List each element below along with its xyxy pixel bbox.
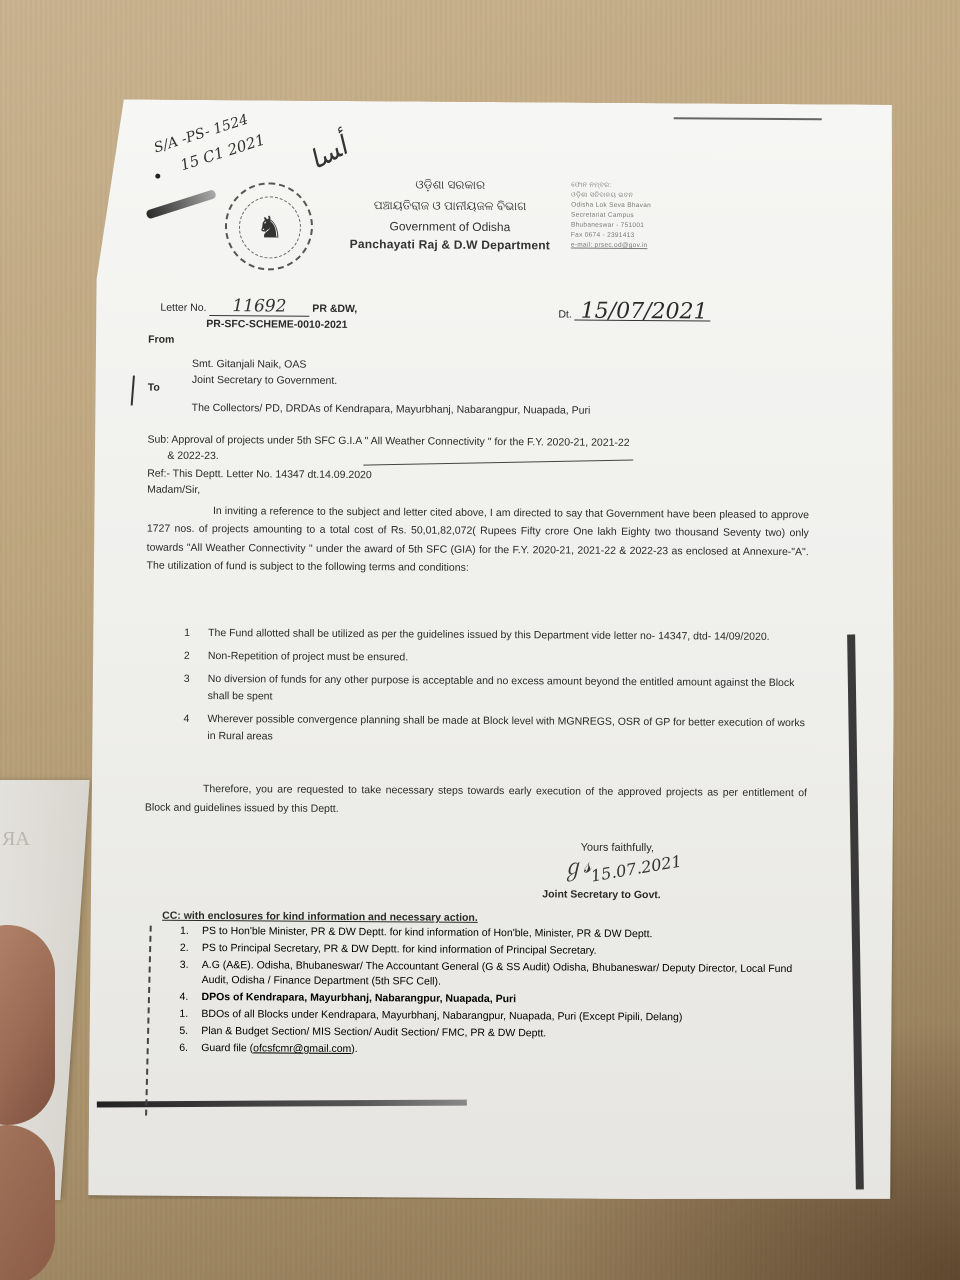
letterhead-government: Government of Odisha xyxy=(335,219,565,235)
conditions-list: 1 The Fund allotted shall be utilized as… xyxy=(183,625,816,755)
letter-page: S/A -PS- 1524 15 C1 2021 ﺃﺴﺎ ♞ ଓଡ଼ିଶା ସର… xyxy=(88,99,898,1201)
cc-item: 3. A.G (A&E). Odisha, Bhubaneswar/ The A… xyxy=(180,958,820,992)
addressee: The Collectors/ PD, DRDAs of Kendrapara,… xyxy=(192,400,591,420)
cc-item: 2. PS to Principal Secretary, PR & DW De… xyxy=(180,941,820,960)
address-line: e-mail: prsec.od@gov.in xyxy=(571,241,691,252)
cc-text: Plan & Budget Section/ MIS Section/ Audi… xyxy=(201,1024,819,1043)
top-rule xyxy=(674,117,822,120)
cc-item: 4. DPOs of Kendrapara, Mayurbhanj, Nabar… xyxy=(180,990,820,1009)
condition-text: Wherever possible convergence planning s… xyxy=(207,711,815,749)
subject-line-cont: & 2022-23. xyxy=(167,448,218,465)
cc-text: A.G (A&E). Odisha, Bhubaneswar/ The Acco… xyxy=(202,958,820,992)
cc-number: 1. xyxy=(180,924,202,939)
letter-no-handwritten: 11692 xyxy=(209,298,309,317)
letterhead-odia-govt: ଓଡ଼ିଶା ସରକାର xyxy=(335,177,565,194)
condition-text: No diversion of funds for any other purp… xyxy=(208,671,816,709)
handwritten-notes: S/A -PS- 1524 15 C1 2021 xyxy=(152,109,267,180)
margin-mark xyxy=(131,375,135,405)
letter-date: Dt. 15/07/2021 xyxy=(558,302,710,324)
cc-list: 1. PS to Hon'ble Minister, PR & DW Deptt… xyxy=(179,924,820,1062)
cc-text: Guard file (ofcsfcmr@gmail.com). xyxy=(201,1041,819,1060)
cc-number: 1. xyxy=(179,1007,201,1022)
condition-number: 1 xyxy=(184,625,208,642)
cc-text: BDOs of all Blocks under Kendrapara, May… xyxy=(201,1007,819,1026)
sender-designation: Joint Secretary to Government. xyxy=(192,372,337,390)
signatory-designation: Joint Secretary to Govt. xyxy=(542,886,661,904)
scan-bottom-bar xyxy=(97,1100,467,1108)
letterhead-address: ଫୋନ ନମ୍ବର: ଓଡ଼ିଶା ସଚିବାଳୟ ଭବନ Odisha Lok… xyxy=(571,181,691,252)
date-handwritten: 15/07/2021 xyxy=(575,303,711,322)
pen-stroke xyxy=(145,189,216,219)
odisha-emblem-icon: ♞ xyxy=(225,182,314,271)
letter-number: Letter No. 11692 PR &DW, xyxy=(160,298,357,318)
cc-number: 2. xyxy=(180,941,202,956)
cc-text: DPOs of Kendrapara, Mayurbhanj, Nabarang… xyxy=(202,990,820,1009)
cc-margin-mark xyxy=(145,926,154,1116)
body-paragraph-1: In inviting a reference to the subject a… xyxy=(147,502,809,580)
cc-item: 6. Guard file (ofcsfcmr@gmail.com). xyxy=(179,1041,819,1060)
cc-item: 1. PS to Hon'ble Minister, PR & DW Deptt… xyxy=(180,924,820,943)
condition-item: 1 The Fund allotted shall be utilized as… xyxy=(184,625,816,646)
underlying-sheet-mark: ЯА xyxy=(2,828,30,851)
subject-line: Sub: Approval of projects under 5th SFC … xyxy=(147,432,807,454)
to-label: To xyxy=(148,380,160,397)
signature-icon: ℊ𝓈 xyxy=(558,848,594,884)
guard-file-label: Guard file ( xyxy=(201,1042,253,1054)
scan-edge-bar xyxy=(847,634,864,1189)
condition-number: 2 xyxy=(184,648,208,665)
cc-number: 6. xyxy=(179,1041,201,1056)
handwritten-initial: ﺃﺴﺎ xyxy=(305,132,353,176)
date-label: Dt. xyxy=(558,308,572,320)
condition-number: 3 xyxy=(184,671,208,705)
body-paragraph-2: Therefore, you are requested to take nec… xyxy=(145,780,807,823)
scheme-code: PR-SFC-SCHEME-0010-2021 xyxy=(206,316,347,334)
letterhead-odia-dept: ପଞ୍ଚାୟତିରାଜ ଓ ପାନୀୟଜଳ ବିଭାଗ xyxy=(335,198,565,215)
condition-item: 3 No diversion of funds for any other pu… xyxy=(184,671,816,709)
closing: Yours faithfully, xyxy=(581,840,654,858)
emblem-lion-icon: ♞ xyxy=(239,196,301,258)
from-label: From xyxy=(148,332,174,349)
subject-underline xyxy=(363,459,633,465)
ink-dot xyxy=(155,174,160,179)
finger-lower xyxy=(0,1125,55,1280)
salutation: Madam/Sir, xyxy=(147,482,200,499)
condition-item: 2 Non-Repetition of project must be ensu… xyxy=(184,648,816,669)
cc-number: 3. xyxy=(180,958,202,988)
guard-file-email: ofcsfcmr@gmail.com xyxy=(253,1042,351,1055)
condition-text: The Fund allotted shall be utilized as p… xyxy=(208,625,816,646)
letterhead-department: Panchayati Raj & D.W Department xyxy=(335,237,565,253)
cc-item: 5. Plan & Budget Section/ MIS Section/ A… xyxy=(179,1024,819,1043)
guard-file-suffix: ). xyxy=(351,1043,358,1055)
condition-item: 4 Wherever possible convergence planning… xyxy=(183,711,815,749)
cc-number: 4. xyxy=(180,990,202,1005)
cc-text: PS to Principal Secretary, PR & DW Deptt… xyxy=(202,941,820,960)
condition-text: Non-Repetition of project must be ensure… xyxy=(208,648,816,669)
cc-text: PS to Hon'ble Minister, PR & DW Deptt. f… xyxy=(202,924,820,943)
condition-number: 4 xyxy=(183,711,207,745)
letter-no-suffix: PR &DW, xyxy=(312,303,357,315)
finger xyxy=(0,925,55,1125)
letterhead: ଓଡ଼ିଶା ସରକାର ପଞ୍ଚାୟତିରାଜ ଓ ପାନୀୟଜଳ ବିଭାଗ… xyxy=(335,177,566,253)
cc-number: 5. xyxy=(179,1024,201,1039)
letter-no-label: Letter No. xyxy=(160,300,206,317)
cc-item: 1. BDOs of all Blocks under Kendrapara, … xyxy=(179,1007,819,1026)
